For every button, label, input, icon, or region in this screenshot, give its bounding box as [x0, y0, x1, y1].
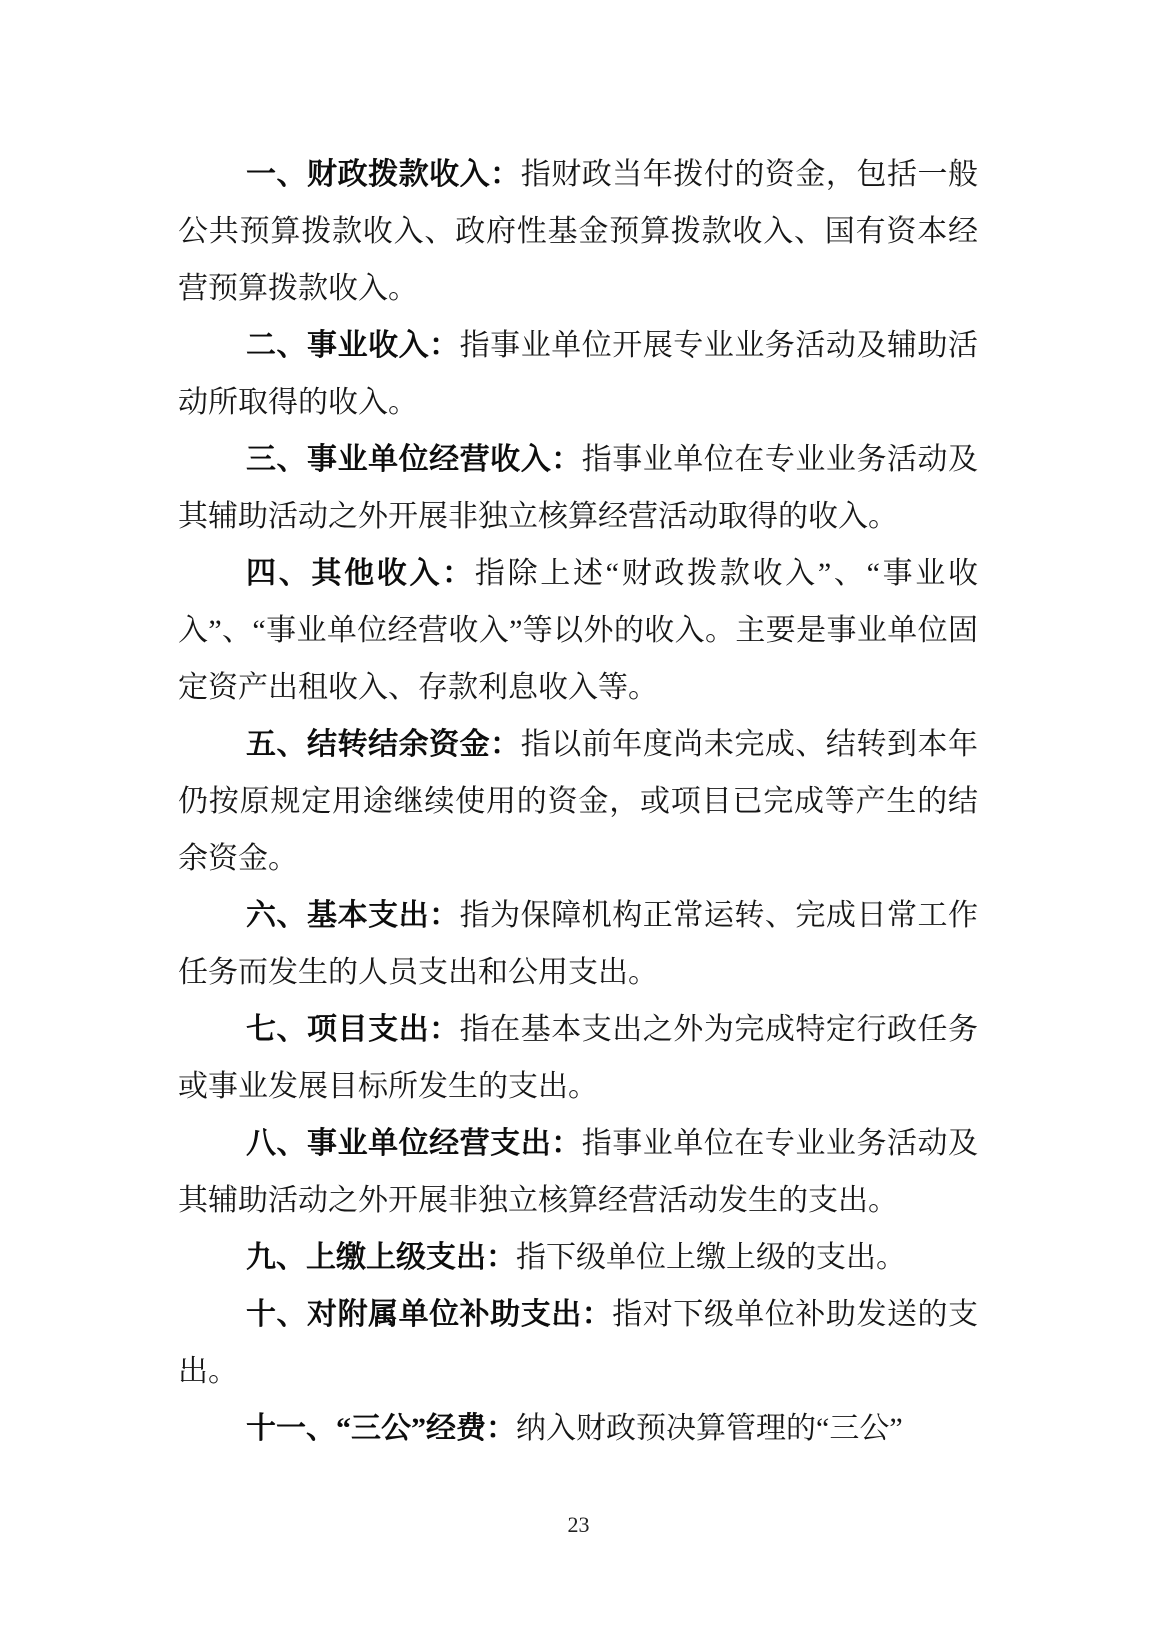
term-label: 九、上缴上级支出：: [246, 1241, 516, 1274]
term-label: 一、财政拨款收入：: [246, 158, 521, 191]
definition-paragraph: 九、上缴上级支出：指下级单位上缴上级的支出。: [178, 1229, 978, 1286]
document-body: 一、财政拨款收入：指财政当年拨付的资金，包括一般公共预算拨款收入、政府性基金预算…: [178, 146, 978, 1457]
definition-paragraph: 五、结转结余资金：指以前年度尚未完成、结转到本年仍按原规定用途继续使用的资金，或…: [178, 716, 978, 887]
definition-paragraph: 一、财政拨款收入：指财政当年拨付的资金，包括一般公共预算拨款收入、政府性基金预算…: [178, 146, 978, 317]
page-number: 23: [0, 1510, 1157, 1540]
term-label: 四、其他收入：: [246, 557, 475, 590]
term-label: 五、结转结余资金：: [246, 728, 521, 761]
term-definition: 指下级单位上缴上级的支出。: [516, 1241, 906, 1274]
term-label: 二、事业收入：: [246, 329, 460, 362]
definition-paragraph: 二、事业收入：指事业单位开展专业业务活动及辅助活动所取得的收入。: [178, 317, 978, 431]
term-label: 七、项目支出：: [246, 1013, 460, 1046]
definition-paragraph: 四、其他收入：指除上述“财政拨款收入”、“事业收入”、“事业单位经营收入”等以外…: [178, 545, 978, 716]
term-label: 十、对附属单位补助支出：: [246, 1298, 612, 1331]
definition-paragraph: 三、事业单位经营收入：指事业单位在专业业务活动及其辅助活动之外开展非独立核算经营…: [178, 431, 978, 545]
term-label: 八、事业单位经营支出：: [246, 1127, 582, 1160]
document-page: 一、财政拨款收入：指财政当年拨付的资金，包括一般公共预算拨款收入、政府性基金预算…: [0, 0, 1157, 1637]
definition-paragraph: 十、对附属单位补助支出：指对下级单位补助发送的支出。: [178, 1286, 978, 1400]
term-label: 十一、“三公”经费：: [246, 1412, 516, 1445]
term-label: 三、事业单位经营收入：: [246, 443, 582, 476]
definition-paragraph: 八、事业单位经营支出：指事业单位在专业业务活动及其辅助活动之外开展非独立核算经营…: [178, 1115, 978, 1229]
definition-paragraph: 十一、“三公”经费：纳入财政预决算管理的“三公”: [178, 1400, 978, 1457]
term-definition: 纳入财政预决算管理的“三公”: [516, 1412, 903, 1445]
definition-paragraph: 七、项目支出：指在基本支出之外为完成特定行政任务或事业发展目标所发生的支出。: [178, 1001, 978, 1115]
term-label: 六、基本支出：: [246, 899, 460, 932]
definition-paragraph: 六、基本支出：指为保障机构正常运转、完成日常工作任务而发生的人员支出和公用支出。: [178, 887, 978, 1001]
